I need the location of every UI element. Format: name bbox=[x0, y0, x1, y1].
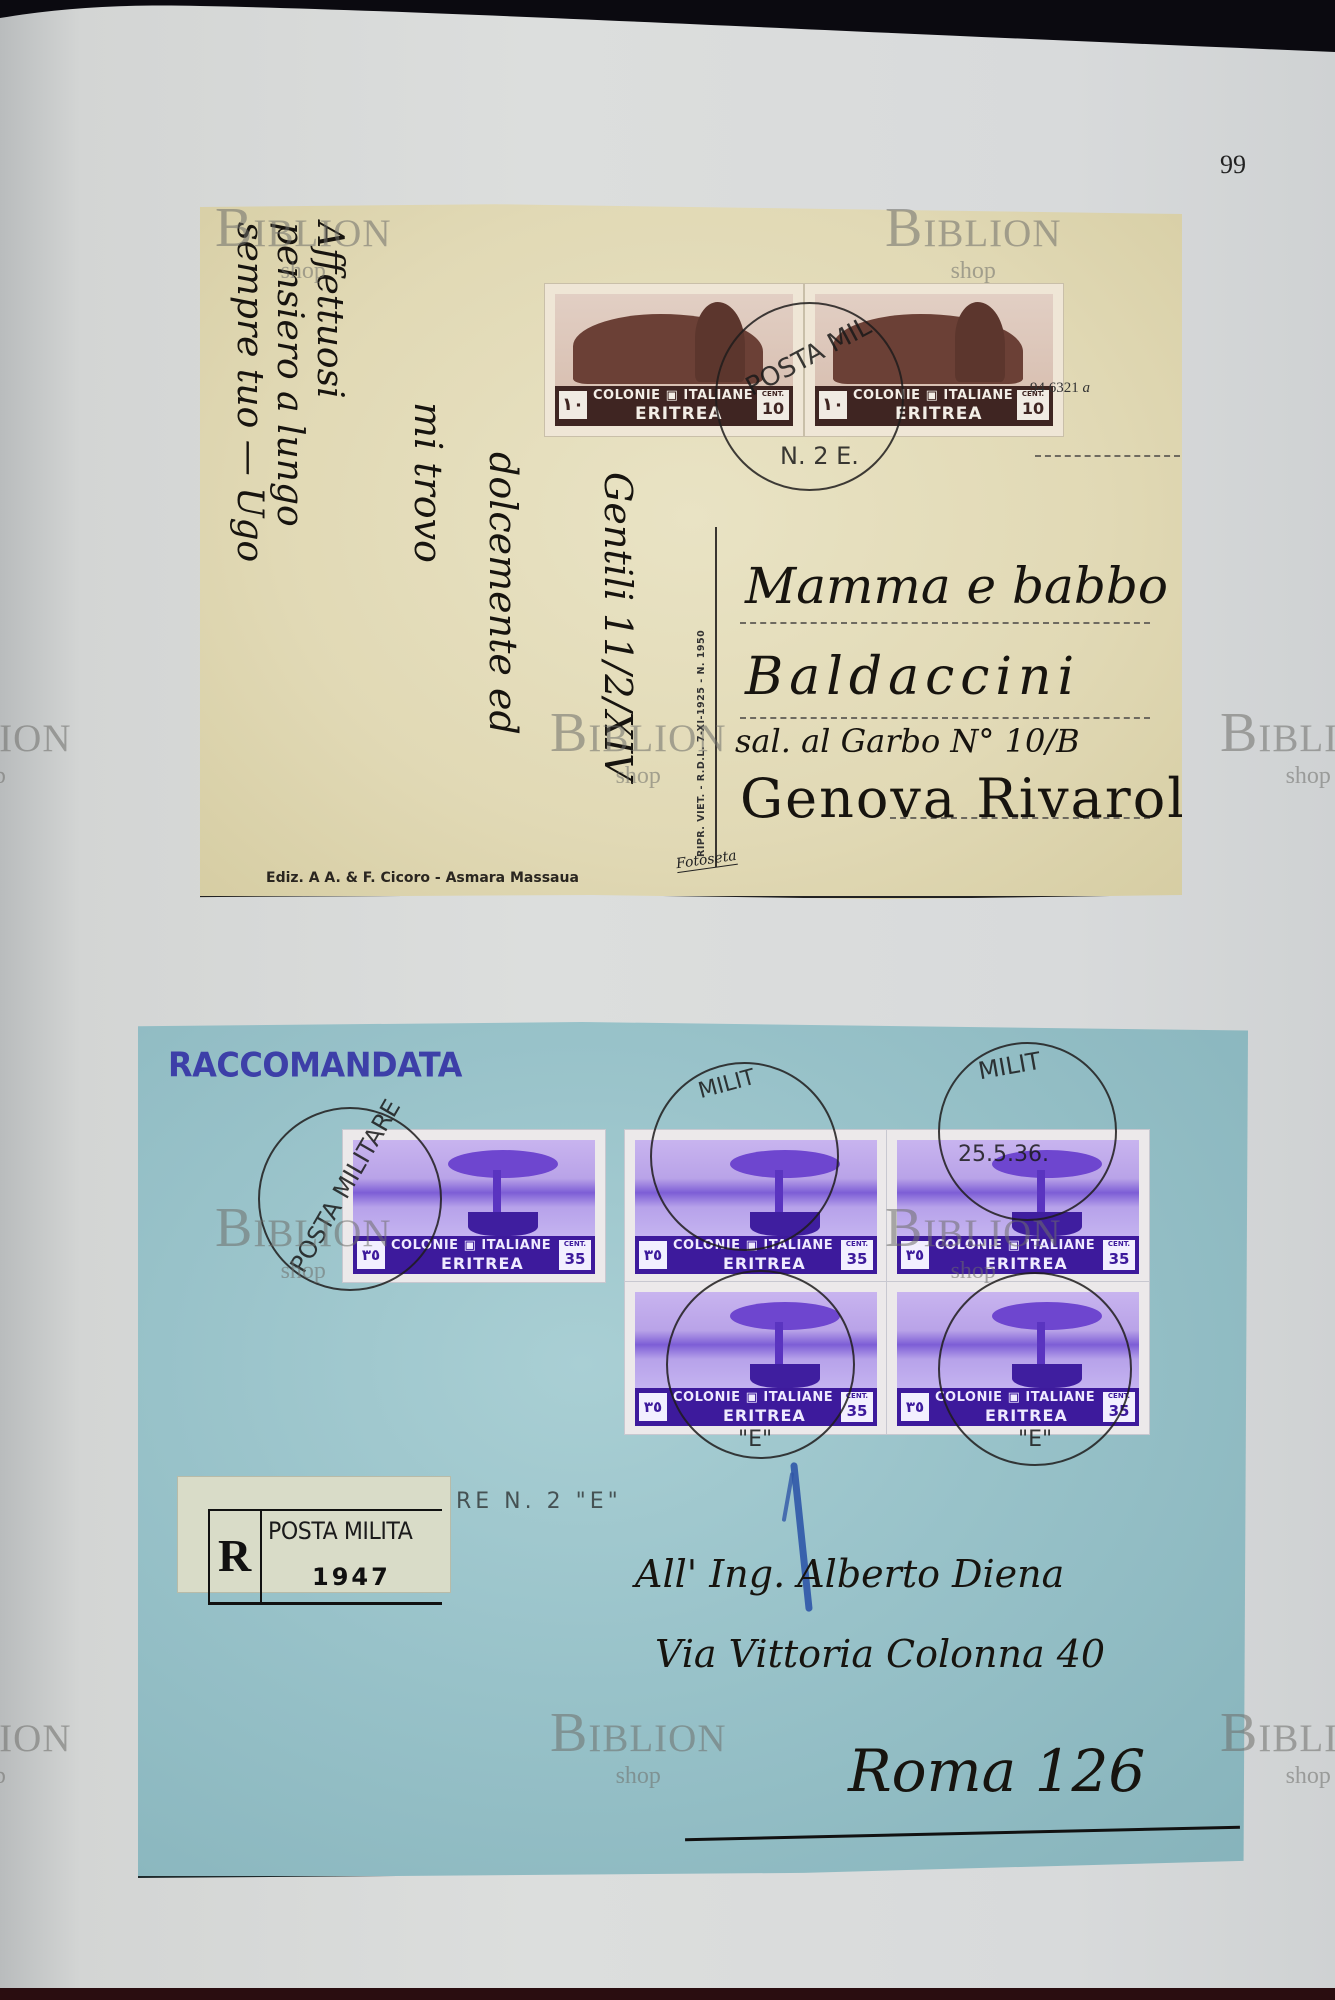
print-code: 94 6321 a bbox=[1030, 380, 1090, 397]
dotted-line bbox=[740, 717, 1150, 719]
address-divider bbox=[715, 527, 717, 867]
stamp-value-arabic: ١٠ bbox=[559, 391, 587, 419]
blue-crayon-mark bbox=[782, 1472, 795, 1522]
message-line-6: Gentili 11/2/XIV bbox=[596, 472, 640, 781]
stamp-country: ERITREA bbox=[635, 404, 722, 424]
dotted-line bbox=[740, 622, 1150, 624]
message-line-5: dolcemente ed bbox=[481, 452, 525, 735]
registration-number: 1947 bbox=[312, 1563, 391, 1591]
stamp-value-arabic: ٣٥ bbox=[901, 1241, 929, 1269]
registration-label: R POSTA MILITA 1947 bbox=[178, 1477, 450, 1592]
raccomandata-header: RACCOMANDATA bbox=[168, 1045, 462, 1085]
stamp-country: ERITREA bbox=[895, 404, 982, 424]
address-line-2: Baldaccini bbox=[745, 647, 1080, 707]
envelope-address-line-1: All' Ing. Alberto Diena bbox=[635, 1552, 1064, 1596]
stamp-value-arabic: ٣٥ bbox=[901, 1393, 929, 1421]
postcard: ١٠ COLONIE ▣ ITALIANE ERITREA CENT.10 ١٠… bbox=[200, 200, 1182, 902]
postmark-bottom: "E" bbox=[738, 1427, 772, 1452]
postmark-bottom: "E" bbox=[1018, 1427, 1052, 1452]
message-line-4: mi trovo bbox=[406, 402, 450, 563]
stamp-value-arabic: ٣٥ bbox=[639, 1393, 667, 1421]
registration-letter: R bbox=[218, 1529, 251, 1582]
postmark-bottom-text: N. 2 E. bbox=[780, 442, 859, 470]
postmark-date: 25.5.36. bbox=[958, 1142, 1049, 1167]
address-line-3: sal. al Garbo N° 10/B bbox=[735, 722, 1080, 760]
stamp-value: CENT.35 bbox=[559, 1240, 591, 1270]
message-line-1: Affettuosi bbox=[309, 222, 350, 399]
publisher-footer: Ediz. A A. & F. Cicoro - Asmara Massaua bbox=[266, 870, 579, 886]
dotted-line bbox=[1035, 455, 1180, 457]
stamp-value-arabic: ٣٥ bbox=[639, 1241, 667, 1269]
stamp-value: CENT.35 bbox=[841, 1240, 873, 1270]
envelope-address-line-2: Via Vittoria Colonna 40 bbox=[655, 1632, 1105, 1676]
page-number: 99 bbox=[1220, 150, 1246, 180]
envelope-address-line-3: Roma 126 bbox=[848, 1737, 1145, 1805]
registration-office-continued: RE N. 2 "E" bbox=[456, 1489, 622, 1514]
fotoseta-mark: Fotoseta bbox=[675, 848, 738, 873]
stamp-colonie: COLONIE ▣ ITALIANE bbox=[935, 1238, 1095, 1253]
page-bottom-edge bbox=[0, 1988, 1335, 2000]
envelope: RACCOMANDATA ٣٥ COLONIE ▣ ITALIANE ERITR… bbox=[138, 1022, 1248, 1878]
stamp-value: CENT.35 bbox=[1103, 1240, 1135, 1270]
address-line-1: Mamma e babbo bbox=[745, 557, 1168, 615]
stamp-country: ERITREA bbox=[441, 1254, 524, 1273]
message-line-2: pensiero a lungo bbox=[269, 222, 310, 527]
printer-imprint: RIPR. VIET. - R.D.L. 7-XI-1925 - N. 1950 bbox=[696, 630, 707, 857]
message-line-3: sempre tuo — Ugo bbox=[229, 222, 270, 562]
registration-office: POSTA MILITA bbox=[268, 1517, 412, 1545]
address-line-4: Genova Rivarolo bbox=[740, 767, 1221, 830]
stamp-country: ERITREA bbox=[985, 1254, 1068, 1273]
